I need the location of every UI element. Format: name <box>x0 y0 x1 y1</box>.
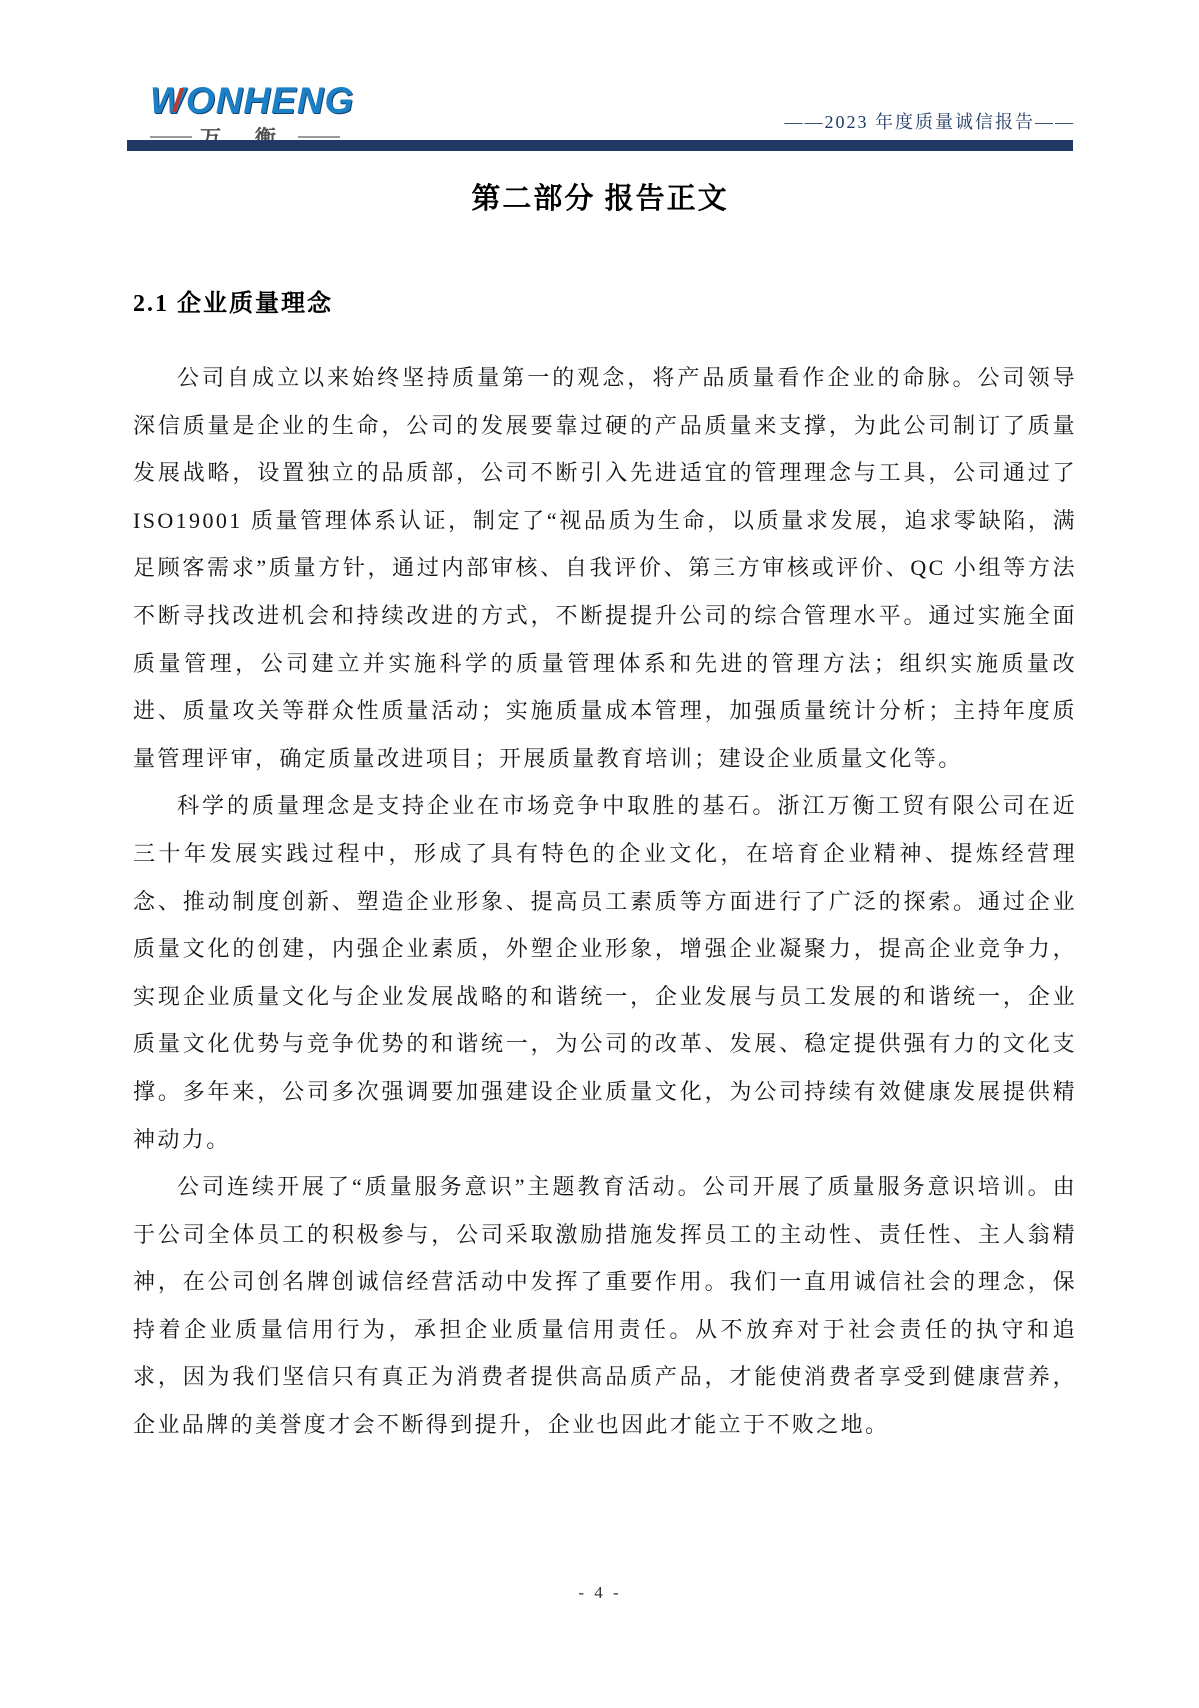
section-heading: 2.1 企业质量理念 <box>133 283 333 318</box>
paragraph-quality-culture: 科学的质量理念是支持企业在市场竞争中取胜的基石。浙江万衡工贸有限公司在近三十年发… <box>133 782 1077 1163</box>
paragraph-quality-concept: 公司自成立以来始终坚持质量第一的观念，将产品质量看作企业的命脉。公司领导深信质量… <box>133 354 1077 782</box>
logo-right-rule <box>298 136 340 138</box>
wonheng-logo-wordmark: WONHENG <box>150 82 340 120</box>
paragraph-service-awareness: 公司连续开展了“质量服务意识”主题教育活动。公司开展了质量服务意识培训。由于公司… <box>133 1163 1077 1449</box>
page-title: 第二部分 报告正文 <box>127 176 1073 217</box>
page-number: - 4 - <box>127 1583 1073 1603</box>
report-page: WONHENG 万 衡 ——2023 年度质量诚信报告—— 第二部分 报告正文 … <box>0 0 1199 1708</box>
wonheng-logo-text: WONHENG <box>150 80 354 121</box>
body-text: 公司自成立以来始终坚持质量第一的观念，将产品质量看作企业的命脉。公司领导深信质量… <box>133 354 1077 1449</box>
header-divider-bar <box>127 140 1073 151</box>
header-report-label: ——2023 年度质量诚信报告—— <box>785 108 1076 134</box>
logo-left-rule <box>150 136 192 138</box>
